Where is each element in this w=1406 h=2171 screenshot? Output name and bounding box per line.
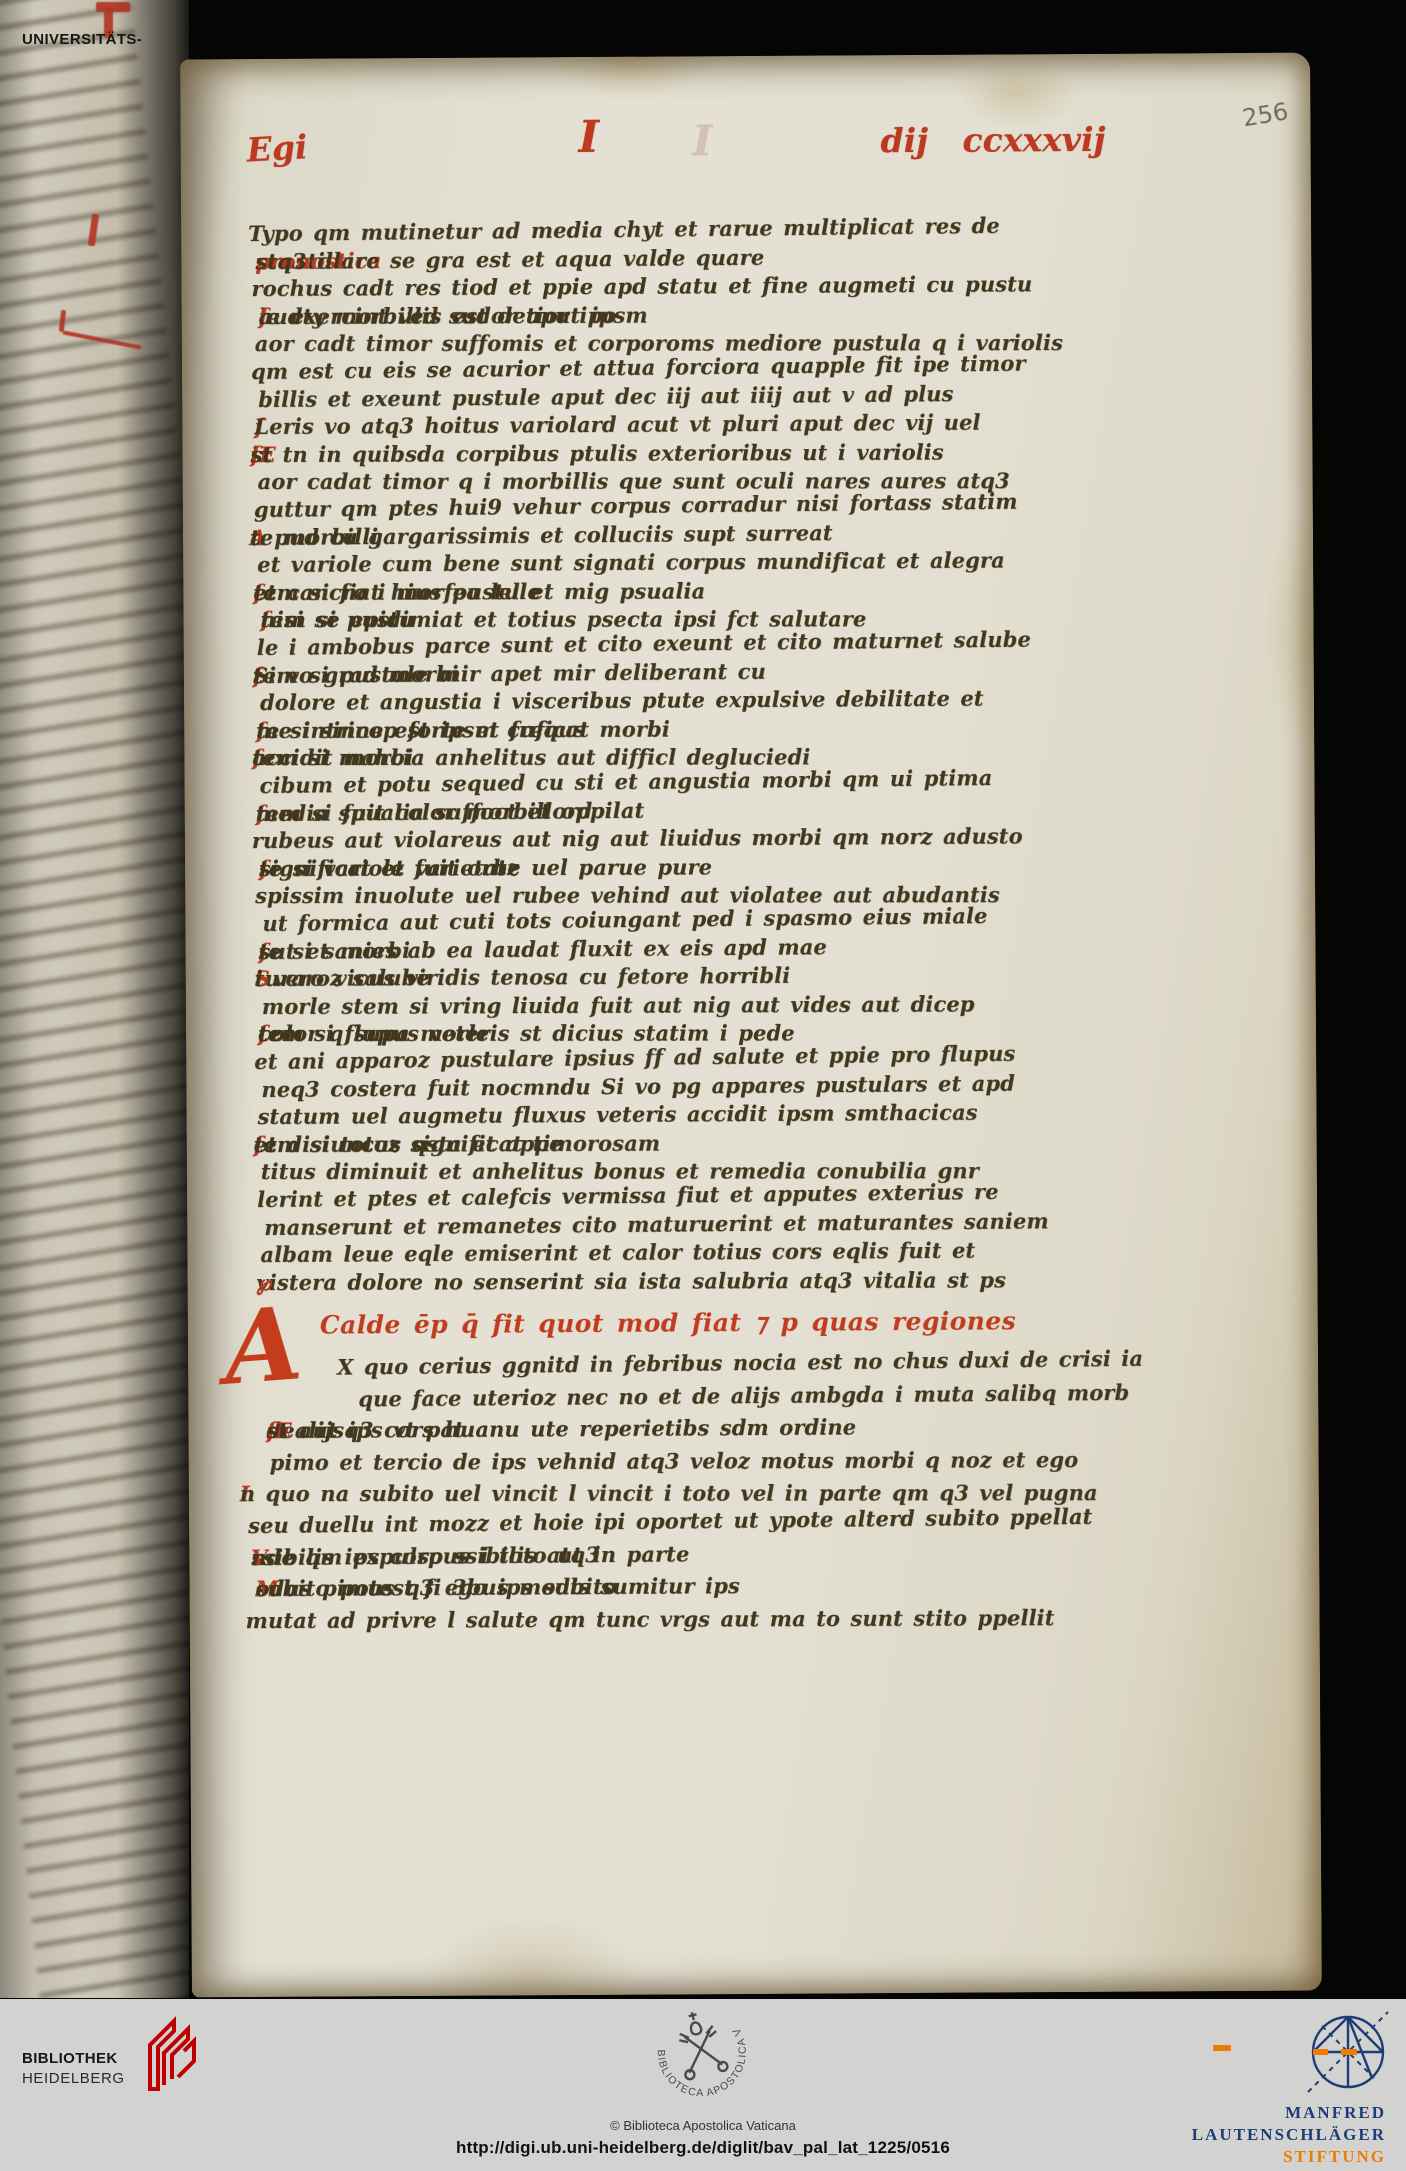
foundation-dash-icon — [1213, 2045, 1231, 2051]
library-name-line1: UNIVERSITÄTS- — [22, 30, 142, 50]
foundation-name-line3: STIFTUNG — [1086, 2147, 1386, 2167]
folio-header-right: dij ccxxxvij — [880, 120, 1105, 160]
foundation-name-line1: MANFRED — [1086, 2103, 1386, 2123]
facing-page-edge — [0, 0, 189, 1998]
folio-header-left: Egi — [246, 127, 309, 169]
foundation-name-line2: LAUTENSCHLÄGER — [1086, 2125, 1386, 2145]
pencil-foliation-number: 256 — [1240, 97, 1290, 132]
library-book-logo-icon — [140, 2011, 204, 2093]
folio-header-center-ghost: I — [692, 116, 712, 165]
foundation-globe-icon — [1306, 2010, 1390, 2094]
seal-crossed-keys — [671, 2007, 728, 2080]
folio-header-center: I — [578, 112, 599, 163]
facing-page-gutter-shadow — [0, 0, 189, 1998]
vatican-library-seal-icon: BIBLIOTECA APOSTOLICA VATICANA — [638, 1995, 769, 2119]
facing-red-mark — [96, 2, 130, 12]
text-block-upper: Typo qm mutinetur ad media chyt et rarue… — [253, 216, 1160, 1306]
digitized-manuscript-view: Egi I I dij ccxxxvij 256 Typo qm mutinet… — [0, 0, 1406, 2171]
manuscript-page: Egi I I dij ccxxxvij 256 Typo qm mutinet… — [180, 53, 1322, 1998]
library-name-line3: HEIDELBERG — [22, 2069, 125, 2089]
chapter-rubric-heading: Calde ēp q̄ fit quot mod fiat ⁊ p quas r… — [320, 1306, 1016, 1339]
text-block-lower: X quo cerius ggnitd in febribus nocia es… — [264, 1349, 1206, 1655]
library-name-line2: BIBLIOTHEK — [22, 2049, 118, 2069]
footer-bar: UNIVERSITÄTS- BIBLIOTHEK HEIDELBERG BIBL… — [0, 1999, 1406, 2171]
